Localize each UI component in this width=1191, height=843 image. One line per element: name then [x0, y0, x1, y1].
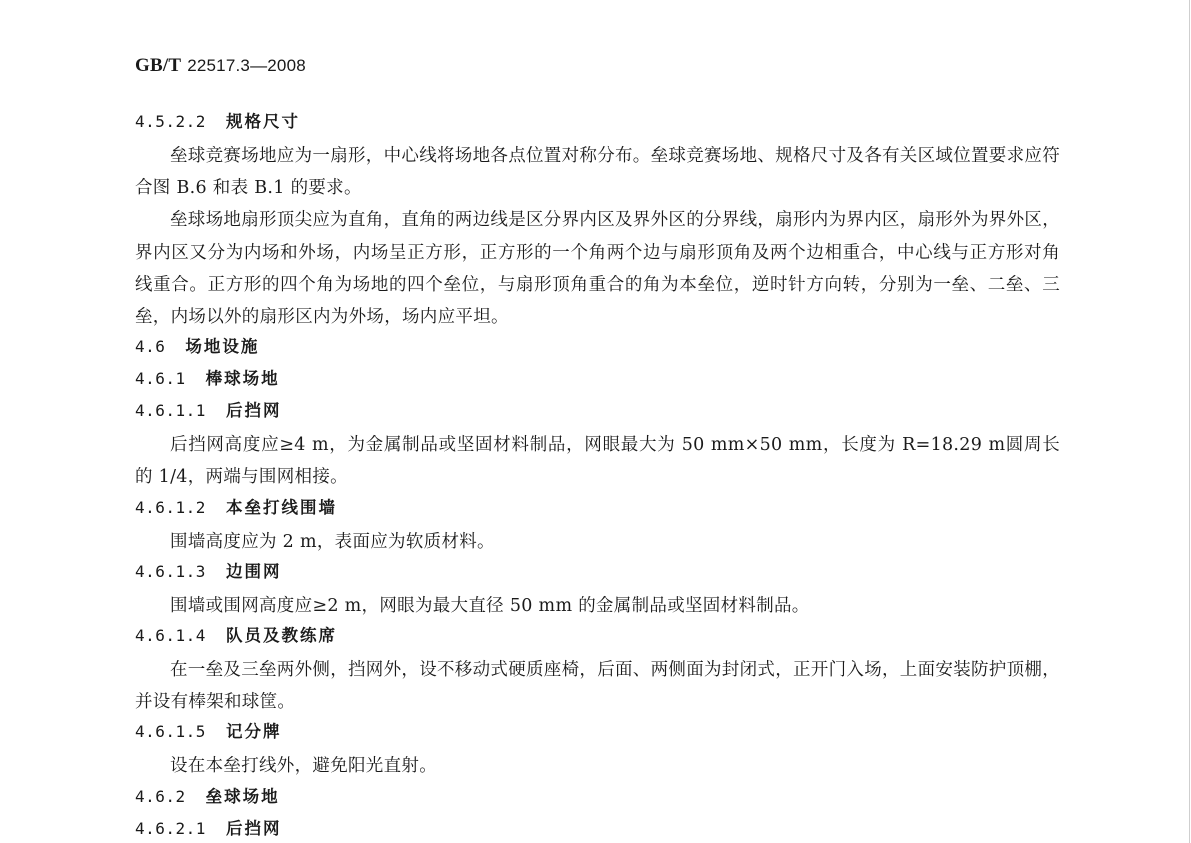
paragraph: 在一垒及三垒两外侧，挡网外，设不移动式硬质座椅，后面、两侧面为封闭式，正开门入场…	[135, 654, 1060, 718]
section-title: 后挡网	[226, 401, 282, 420]
section-heading: 4.6.1棒球场地	[135, 365, 1060, 397]
section-heading: 4.6.1.2本垒打线围墙	[135, 494, 1060, 526]
paragraph-text: 在一垒及三垒两外侧，挡网外，设不移动式硬质座椅，后面、两侧面为封闭式，正开门入场…	[135, 654, 1060, 718]
section-heading: 4.6.1.5记分牌	[135, 718, 1060, 750]
section-heading: 4.6.2.1后挡网	[135, 815, 1060, 843]
section-heading: 4.6.2垒球场地	[135, 783, 1060, 815]
paragraph-text: 后挡网高度应≥4 m，为金属制品或坚固材料制品，网眼最大为 50 mm×50 m…	[135, 429, 1060, 493]
paragraph: 后挡网高度应≥4 m，为金属制品或坚固材料制品，网眼最大为 50 mm×50 m…	[135, 429, 1060, 493]
section-heading: 4.5.2.2规格尺寸	[135, 108, 1060, 140]
section-title: 后挡网	[226, 819, 282, 838]
section-title: 记分牌	[226, 722, 282, 741]
paragraph: 垒球竞赛场地应为一扇形，中心线将场地各点位置对称分布。垒球竞赛场地、规格尺寸及各…	[135, 140, 1060, 204]
page-edge-divider	[1189, 0, 1190, 843]
section-number: 4.6.2	[135, 783, 186, 811]
section-title: 垒球场地	[206, 787, 280, 806]
section-number: 4.6.1.4	[135, 622, 206, 650]
section-title: 边围网	[226, 562, 282, 581]
section-heading: 4.6.1.3边围网	[135, 558, 1060, 590]
paragraph-text: 垒球竞赛场地应为一扇形，中心线将场地各点位置对称分布。垒球竞赛场地、规格尺寸及各…	[135, 140, 1060, 204]
section-number: 4.6	[135, 333, 165, 361]
section-heading: 4.6场地设施	[135, 333, 1060, 365]
paragraph: 设在本垒打线外，避免阳光直射。	[135, 750, 1060, 782]
paragraph: 垒球场地扇形顶尖应为直角，直角的两边线是区分界内区及界外区的分界线，扇形内为界内…	[135, 204, 1060, 333]
section-title: 队员及教练席	[226, 626, 337, 645]
paragraph: 围墙高度应为 2 m，表面应为软质材料。	[135, 526, 1060, 558]
section-number: 4.6.1.1	[135, 397, 206, 425]
document-body: 4.5.2.2规格尺寸 垒球竞赛场地应为一扇形，中心线将场地各点位置对称分布。垒…	[135, 108, 1060, 843]
section-heading: 4.6.1.1后挡网	[135, 397, 1060, 429]
paragraph-text: 设在本垒打线外，避免阳光直射。	[135, 750, 1060, 782]
standard-number: 22517.3—2008	[187, 56, 306, 75]
paragraph: 围墙或围网高度应≥2 m，网眼为最大直径 50 mm 的金属制品或坚固材料制品。	[135, 590, 1060, 622]
section-title: 规格尺寸	[226, 112, 300, 131]
section-number: 4.6.1.5	[135, 718, 206, 746]
section-number: 4.6.1.3	[135, 558, 206, 586]
section-heading: 4.6.1.4队员及教练席	[135, 622, 1060, 654]
standard-code: GB/T	[135, 55, 181, 76]
paragraph-text: 垒球场地扇形顶尖应为直角，直角的两边线是区分界内区及界外区的分界线，扇形内为界内…	[135, 204, 1060, 333]
document-header: GB/T22517.3—2008	[135, 54, 306, 78]
section-title: 场地设施	[185, 337, 259, 356]
section-number: 4.6.1.2	[135, 494, 206, 522]
section-title: 棒球场地	[206, 369, 280, 388]
section-number: 4.6.2.1	[135, 815, 206, 843]
paragraph-text: 围墙高度应为 2 m，表面应为软质材料。	[135, 526, 1060, 558]
section-title: 本垒打线围墙	[226, 498, 337, 517]
section-number: 4.5.2.2	[135, 108, 206, 136]
paragraph-text: 围墙或围网高度应≥2 m，网眼为最大直径 50 mm 的金属制品或坚固材料制品。	[135, 590, 1060, 622]
section-number: 4.6.1	[135, 365, 186, 393]
